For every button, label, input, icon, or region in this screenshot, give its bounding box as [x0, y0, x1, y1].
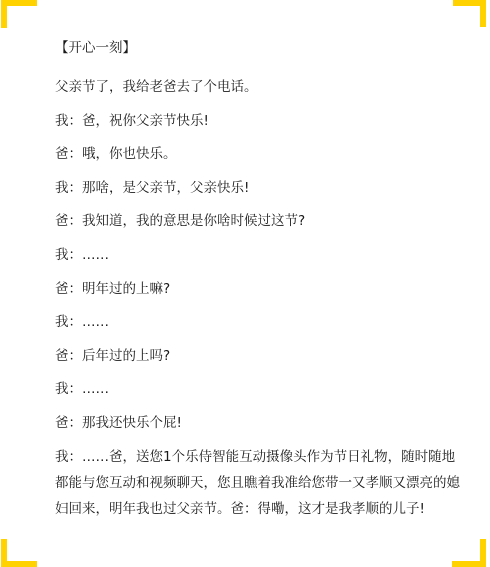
corner-bracket-bottom-right — [452, 539, 486, 567]
dialogue-line: 爸：明年过的上嘛? — [55, 279, 465, 313]
corner-bracket-top-left — [1, 0, 37, 28]
dialogue-line: 我：那啥，是父亲节，父亲快乐! — [55, 178, 465, 212]
dialogue-line: 爸：哦，你也快乐。 — [55, 144, 465, 178]
article-title: 【开心一刻】 — [55, 38, 465, 77]
dialogue-line: 我：…… — [55, 245, 465, 279]
dialogue-line: 爸：后年过的上吗? — [55, 346, 465, 380]
dialogue-line: 爸：我知道，我的意思是你啥时候过这节? — [55, 211, 465, 245]
joke-article: 【开心一刻】 父亲节了，我给老爸去了个电话。 我：爸，祝你父亲节快乐! 爸：哦，… — [55, 38, 465, 522]
dialogue-line: 我：爸，祝你父亲节快乐! — [55, 111, 465, 145]
corner-bracket-bottom-left — [1, 539, 37, 567]
dialogue-line: 我：…… — [55, 312, 465, 346]
paragraph: 父亲节了，我给老爸去了个电话。 — [55, 77, 465, 111]
closing-paragraph: 我：……爸，送您1个乐侍智能互动摄像头作为节日礼物，随时随地都能与您互动和视频聊… — [55, 444, 465, 522]
dialogue-line: 我：…… — [55, 379, 465, 413]
corner-bracket-top-right — [453, 0, 486, 27]
dialogue-line: 爸：那我还快乐个屁! — [55, 413, 465, 447]
